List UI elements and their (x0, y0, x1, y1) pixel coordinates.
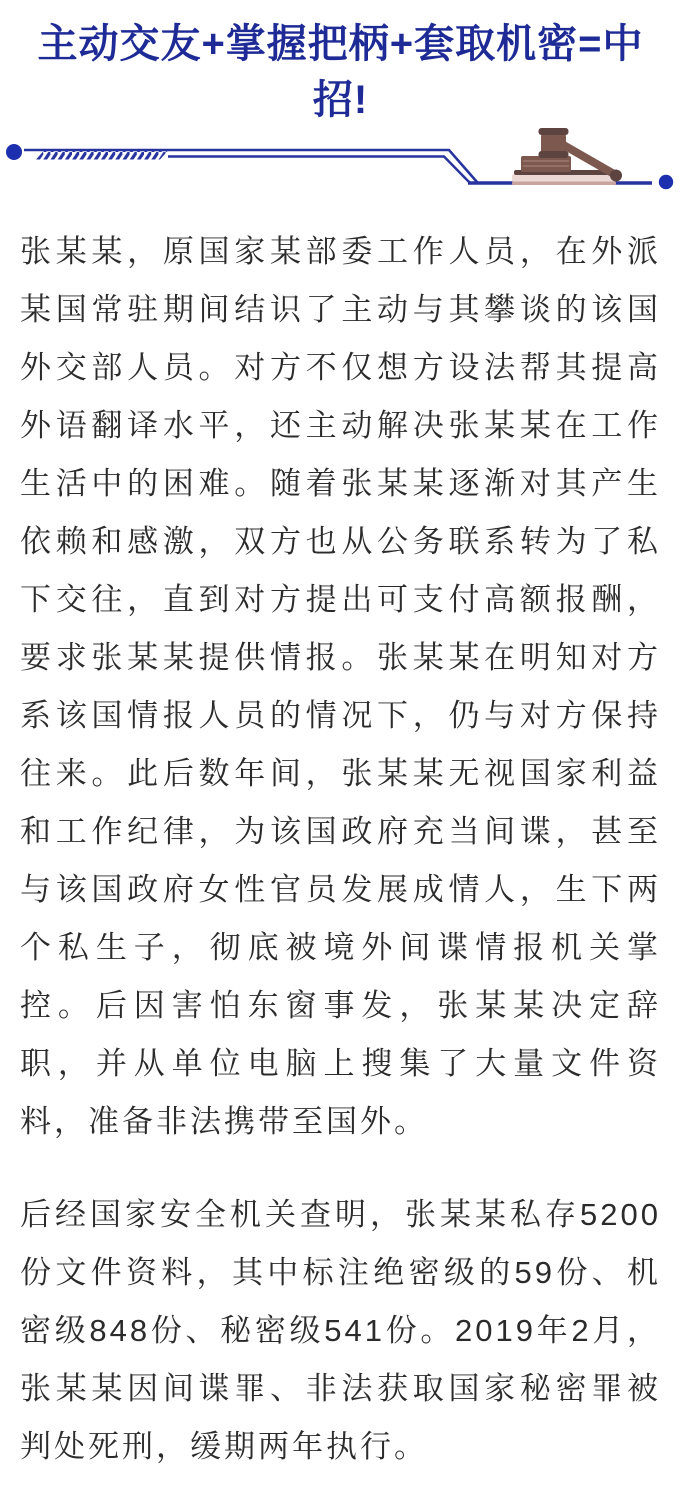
article-title: 主动交友+掌握把柄+套取机密=中招! (26, 16, 655, 128)
divider-second-line (168, 157, 470, 184)
divider-left-dot (6, 144, 22, 160)
paragraph: 后经国家安全机关查明，张某某私存5200份文件资料，其中标注绝密级的59份、机密… (20, 1186, 661, 1476)
divider-right-dot (659, 175, 673, 189)
divider-hatch-band (36, 151, 168, 160)
gavel-icon (512, 128, 622, 185)
section-divider (0, 125, 681, 205)
article-page: 主动交友+掌握把柄+套取机密=中招! (0, 0, 681, 1493)
article-body: 张某某，原国家某部委工作人员，在外派某国常驻期间结识了主动与其攀谈的该国外交部人… (0, 223, 681, 1476)
paragraph: 张某某，原国家某部委工作人员，在外派某国常驻期间结识了主动与其攀谈的该国外交部人… (20, 223, 661, 1151)
